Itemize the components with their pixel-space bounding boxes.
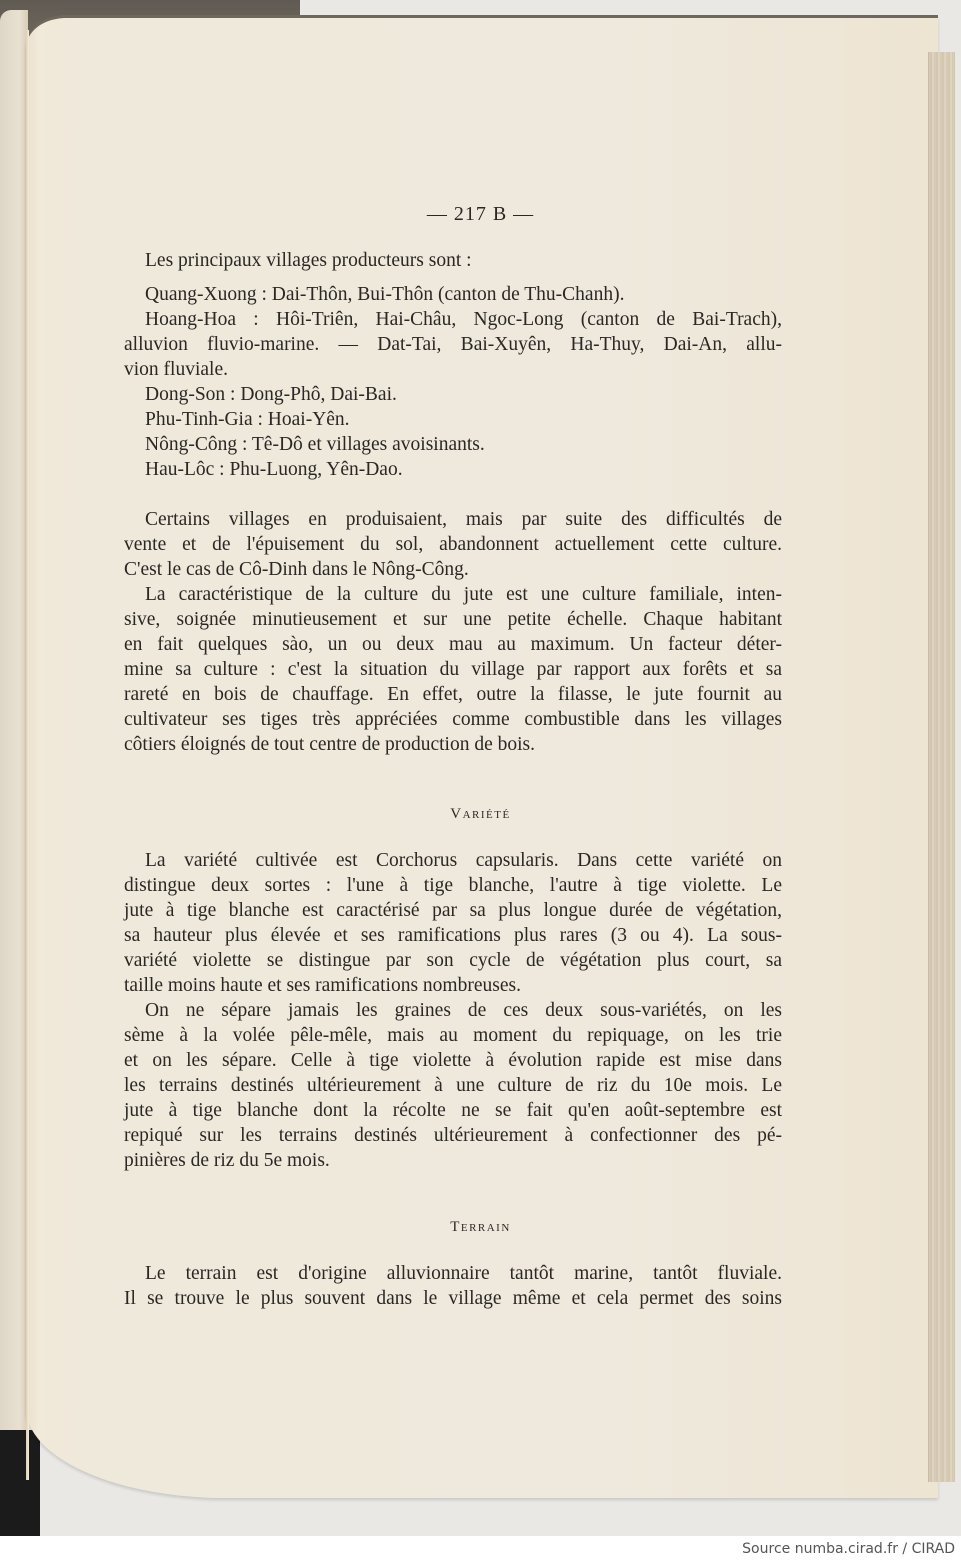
text-line: rareté en bois de chauffage. En effet, o… bbox=[124, 683, 782, 707]
text-line: jute à tige blanche dont la récolte ne s… bbox=[124, 1099, 782, 1123]
text-line: sème à la volée pêle-mêle, mais au momen… bbox=[124, 1024, 782, 1048]
text-line: La variété cultivée est Corchorus capsul… bbox=[145, 849, 782, 873]
village-entry: Dong-Son : Dong-Phô, Dai-Bai. bbox=[145, 383, 397, 407]
village-entry-cont: alluvion fluvio-marine. — Dat-Tai, Bai-X… bbox=[124, 333, 782, 357]
text-line: côtiers éloignés de tout centre de produ… bbox=[124, 733, 535, 757]
text-line: sa hauteur plus élevée et ses ramificati… bbox=[124, 924, 782, 948]
text-line: mine sa culture : c'est la situation du … bbox=[124, 658, 782, 682]
village-entry-cont: vion fluviale. bbox=[124, 358, 228, 382]
text-line: et on les sépare. Celle à tige violette … bbox=[124, 1049, 782, 1073]
text-line: sive, soignée minutieusement et sur une … bbox=[124, 608, 782, 632]
text-line: Certains villages en produisaient, mais … bbox=[145, 508, 782, 532]
village-entry: Phu-Tinh-Gia : Hoai-Yên. bbox=[145, 408, 350, 432]
text-line: vente et de l'épuisement du sol, abandon… bbox=[124, 533, 782, 557]
text-line: distingue deux sortes : l'une à tige bla… bbox=[124, 874, 782, 898]
village-entry: Quang-Xuong : Dai-Thôn, Bui-Thôn (canton… bbox=[145, 283, 624, 307]
text-line: en fait quelques sào, un ou deux mau au … bbox=[124, 633, 782, 657]
village-entry: Nông-Công : Tê-Dô et villages avoisinant… bbox=[145, 433, 485, 457]
text-line: repiqué sur les terrains destinés ultéri… bbox=[124, 1124, 782, 1148]
section-heading-terrain: Terrain bbox=[0, 1219, 961, 1236]
text-line: les terrains destinés ultérieurement à u… bbox=[124, 1074, 782, 1098]
text-line: jute à tige blanche est caractérisé par … bbox=[124, 899, 782, 923]
village-entry: Hoang-Hoa : Hôi-Triên, Hai-Châu, Ngoc-Lo… bbox=[145, 308, 782, 332]
text-line: taille moins haute et ses ramifications … bbox=[124, 974, 521, 998]
village-entry: Hau-Lôc : Phu-Luong, Yên-Dao. bbox=[145, 458, 403, 482]
text-line: On ne sépare jamais les graines de ces d… bbox=[145, 999, 782, 1023]
text-line: pinières de riz du 5e mois. bbox=[124, 1149, 330, 1173]
intro-line: Les principaux villages producteurs sont… bbox=[145, 249, 472, 273]
source-credit: Source numba.cirad.fr / CIRAD bbox=[742, 1541, 955, 1557]
text-line: C'est le cas de Cô-Dinh dans le Nông-Côn… bbox=[124, 558, 469, 582]
page-content: — 217 B — Les principaux villages produc… bbox=[0, 0, 961, 1536]
text-line: La caractéristique de la culture du jute… bbox=[145, 583, 782, 607]
page-number: — 217 B — bbox=[0, 203, 961, 226]
text-line: cultivateur ses tiges très appréciées co… bbox=[124, 708, 782, 732]
text-line: variété violette se distingue par son cy… bbox=[124, 949, 782, 973]
section-heading-variete: Variété bbox=[0, 806, 961, 823]
text-line: Il se trouve le plus souvent dans le vil… bbox=[124, 1287, 782, 1311]
text-line: Le terrain est d'origine alluvionnaire t… bbox=[145, 1262, 782, 1286]
